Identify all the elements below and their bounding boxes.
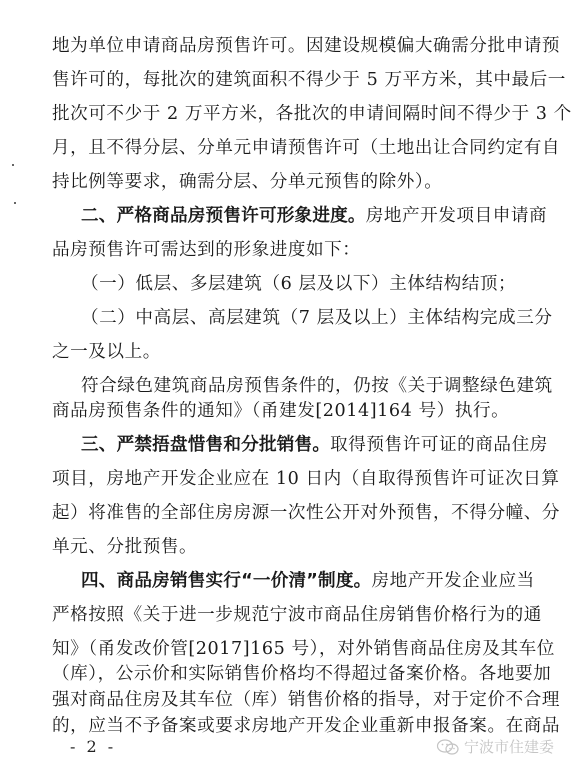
paragraph-line: 单元、分批预售。: [52, 533, 197, 561]
paragraph-line: 符合绿色建筑商品房预售条件的，仍按《关于调整绿色建筑: [81, 372, 553, 400]
scan-speck: [12, 164, 14, 166]
paragraph-line: 售许可的，每批次的建筑面积不得少于 5 万平方米，其中最后一: [52, 66, 566, 94]
paragraph-line: 起）将准售的全部住房房源一次性公开对外预售，不得分幢、分: [52, 499, 560, 527]
paragraph-line: 月，且不得分层、分单元申请预售许可（土地出让合同约定有自: [52, 134, 560, 162]
paragraph-line: 严格按照《关于进一步规范宁波市商品住房销售价格行为的通: [52, 601, 542, 629]
paragraph-line: 品房预售许可需达到的形象进度如下：: [52, 236, 360, 264]
section-3-text: 取得预售许可证的商品住房: [330, 435, 548, 455]
section-3-heading: 三、严禁捂盘惜售和分批销售。: [81, 435, 330, 455]
page-number: - 2 -: [70, 737, 116, 756]
list-item-2: （二）中高层、高层建筑（7 层及以上）主体结构完成三分: [81, 304, 552, 332]
paragraph-line: 强对商品住房及其车位（库）销售价格的指导，对于定价不合理: [52, 686, 560, 714]
watermark-label: 宁波市住建委: [464, 736, 554, 757]
scan-speck: [14, 202, 16, 204]
section-4-heading: 四、商品房销售实行“一价清”制度。: [81, 571, 371, 591]
section-2-heading: 二、严格商品房预售许可形象进度。: [81, 206, 366, 226]
section-4-text: 房地产开发企业应当: [371, 571, 534, 591]
paragraph-line: 项目，房地产开发企业应在 10 日内（自取得预售许可证次日算: [52, 465, 560, 493]
section-4-first-line: 四、商品房销售实行“一价清”制度。房地产开发企业应当: [81, 567, 535, 595]
paragraph-line: 地为单位申请商品房预售许可。因建设规模偏大确需分批申请预: [52, 32, 560, 60]
paragraph-line: 知》（甬发改价管[2017]165 号），对外销售商品住房及其车位: [52, 635, 555, 663]
paragraph-line: （库），公示价和实际销售价格均不得超过备案价格。各地要加: [52, 660, 551, 688]
paragraph-line: 商品房预售条件的通知》（甬建发[2014]164 号）执行。: [52, 397, 509, 425]
paragraph-line: 之一及以上。: [52, 338, 161, 366]
section-3-first-line: 三、严禁捂盘惜售和分批销售。取得预售许可证的商品住房: [81, 431, 548, 459]
wechat-icon: [436, 738, 460, 756]
paragraph-line: 持比例等要求，确需分层、分单元预售的除外）。: [52, 168, 442, 196]
section-2-text: 房地产开发项目申请商: [366, 206, 547, 226]
watermark: 宁波市住建委: [436, 736, 554, 757]
list-item-1: （一）低层、多层建筑（6 层及以下）主体结构结顶；: [81, 270, 516, 298]
section-2-first-line: 二、严格商品房预售许可形象进度。房地产开发项目申请商: [81, 202, 547, 230]
paragraph-line: 批次可不少于 2 万平方米，各批次的申请间隔时间不得少于 3 个: [52, 100, 571, 128]
